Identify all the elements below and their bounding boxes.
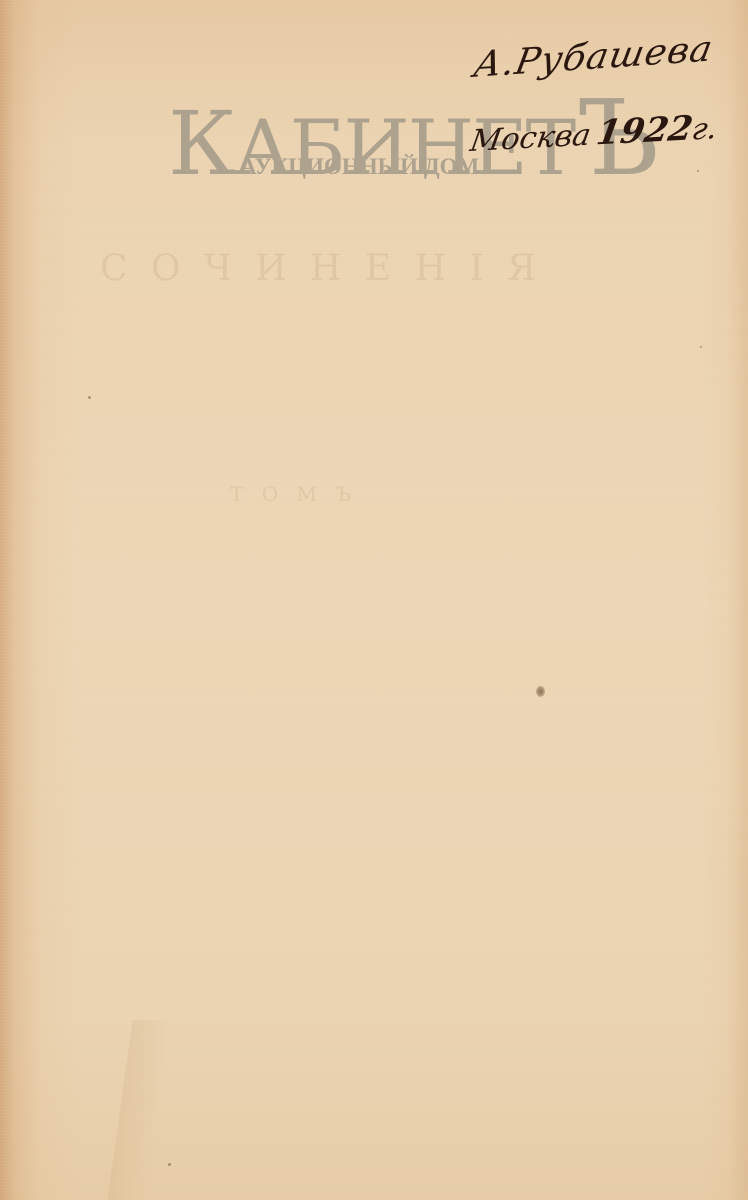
watermark-subtitle: АУКЦИОННЫЙ ДОМ — [240, 154, 479, 180]
paper-speck — [168, 1163, 171, 1166]
foxing-spot — [536, 686, 545, 697]
bleed-through-text-volume: Т О М Ъ — [230, 482, 357, 506]
paper-speck — [700, 346, 702, 348]
inscription-place: Москва — [468, 118, 594, 159]
watermark-title-first-letter: К — [168, 92, 234, 195]
signature: А.Рубашева — [470, 28, 716, 88]
book-page: С О Ч И Н Е Н І Я Т О М Ъ КАБИНЕТЪ АУКЦИ… — [0, 0, 748, 1200]
paper-speck — [88, 396, 91, 399]
paper-speck — [697, 170, 699, 172]
page-fold-shadow — [107, 1020, 172, 1200]
handwritten-inscription: А.Рубашева Москва1922г. — [468, 44, 708, 184]
inscription-year-suffix: г. — [689, 111, 720, 147]
bleed-through-text-title: С О Ч И Н Е Н І Я — [100, 248, 542, 289]
inscription-place-date: Москва1922г. — [467, 107, 720, 162]
inscription-year: 1922 — [594, 109, 696, 154]
